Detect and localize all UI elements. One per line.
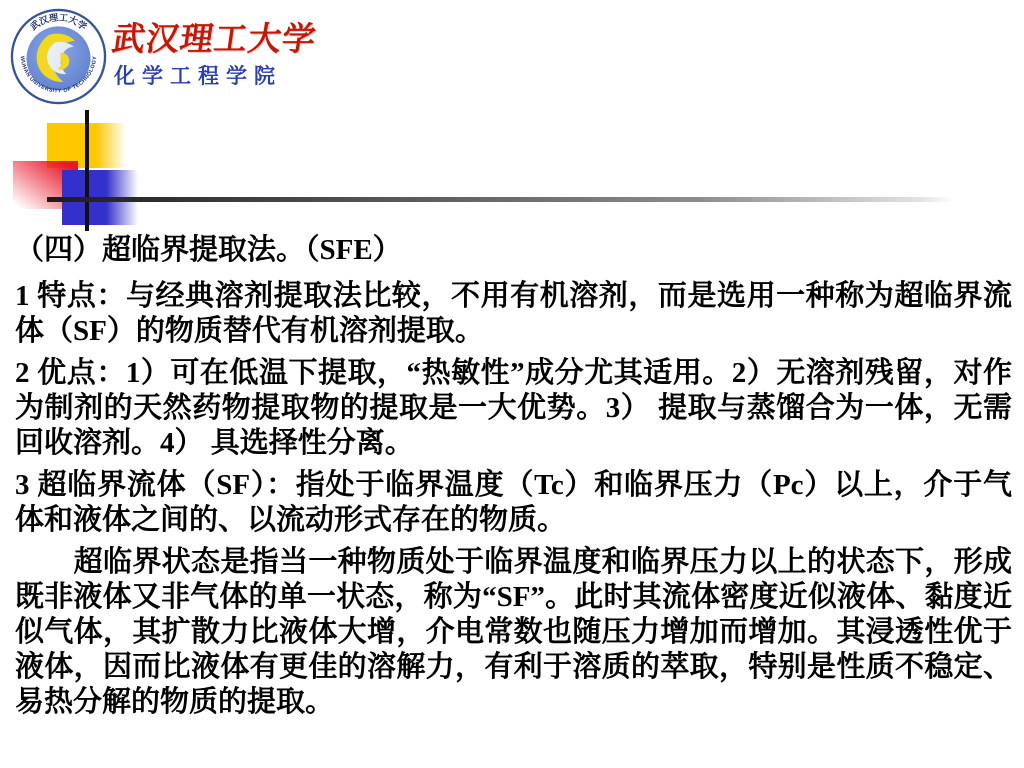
paragraph-sf-definition: 3 超临界流体（SF）：指处于临界温度（Tc）和临界压力（Pc）以上，介于气体和… bbox=[15, 468, 1012, 538]
slide-title: （四）超临界提取法。（SFE） bbox=[15, 233, 1012, 268]
horizontal-rule-decoration bbox=[47, 197, 955, 202]
paragraph-features: 1 特点：与经典溶剂提取法比较，不用有机溶剂，而是选用一种称为超临界流体（SF）… bbox=[15, 279, 1012, 349]
university-logo: 武汉理工大学 WUHAN UNIVERSITY OF TECHNOLOGY 武汉… bbox=[10, 8, 316, 105]
paragraph-supercritical-state: 超临界状态是指当一种物质处于临界温度和临界压力以上的状态下，形成既非液体又非气体… bbox=[15, 545, 1012, 720]
university-emblem-icon: 武汉理工大学 WUHAN UNIVERSITY OF TECHNOLOGY bbox=[10, 8, 107, 105]
vertical-line-decoration bbox=[85, 110, 89, 231]
college-name: 化学工程学院 bbox=[114, 66, 316, 87]
logo-text-block: 武汉理工大学 化学工程学院 bbox=[112, 8, 316, 87]
presentation-slide: 武汉理工大学 WUHAN UNIVERSITY OF TECHNOLOGY 武汉… bbox=[0, 0, 1024, 768]
university-name: 武汉理工大学 bbox=[110, 24, 319, 57]
paragraph-advantages: 2 优点：1）可在低温下提取，“热敏性”成分尤其适用。2）无溶剂残留，对作为制剂… bbox=[15, 356, 1012, 461]
slide-content: （四）超临界提取法。（SFE） 1 特点：与经典溶剂提取法比较，不用有机溶剂，而… bbox=[15, 233, 1012, 727]
